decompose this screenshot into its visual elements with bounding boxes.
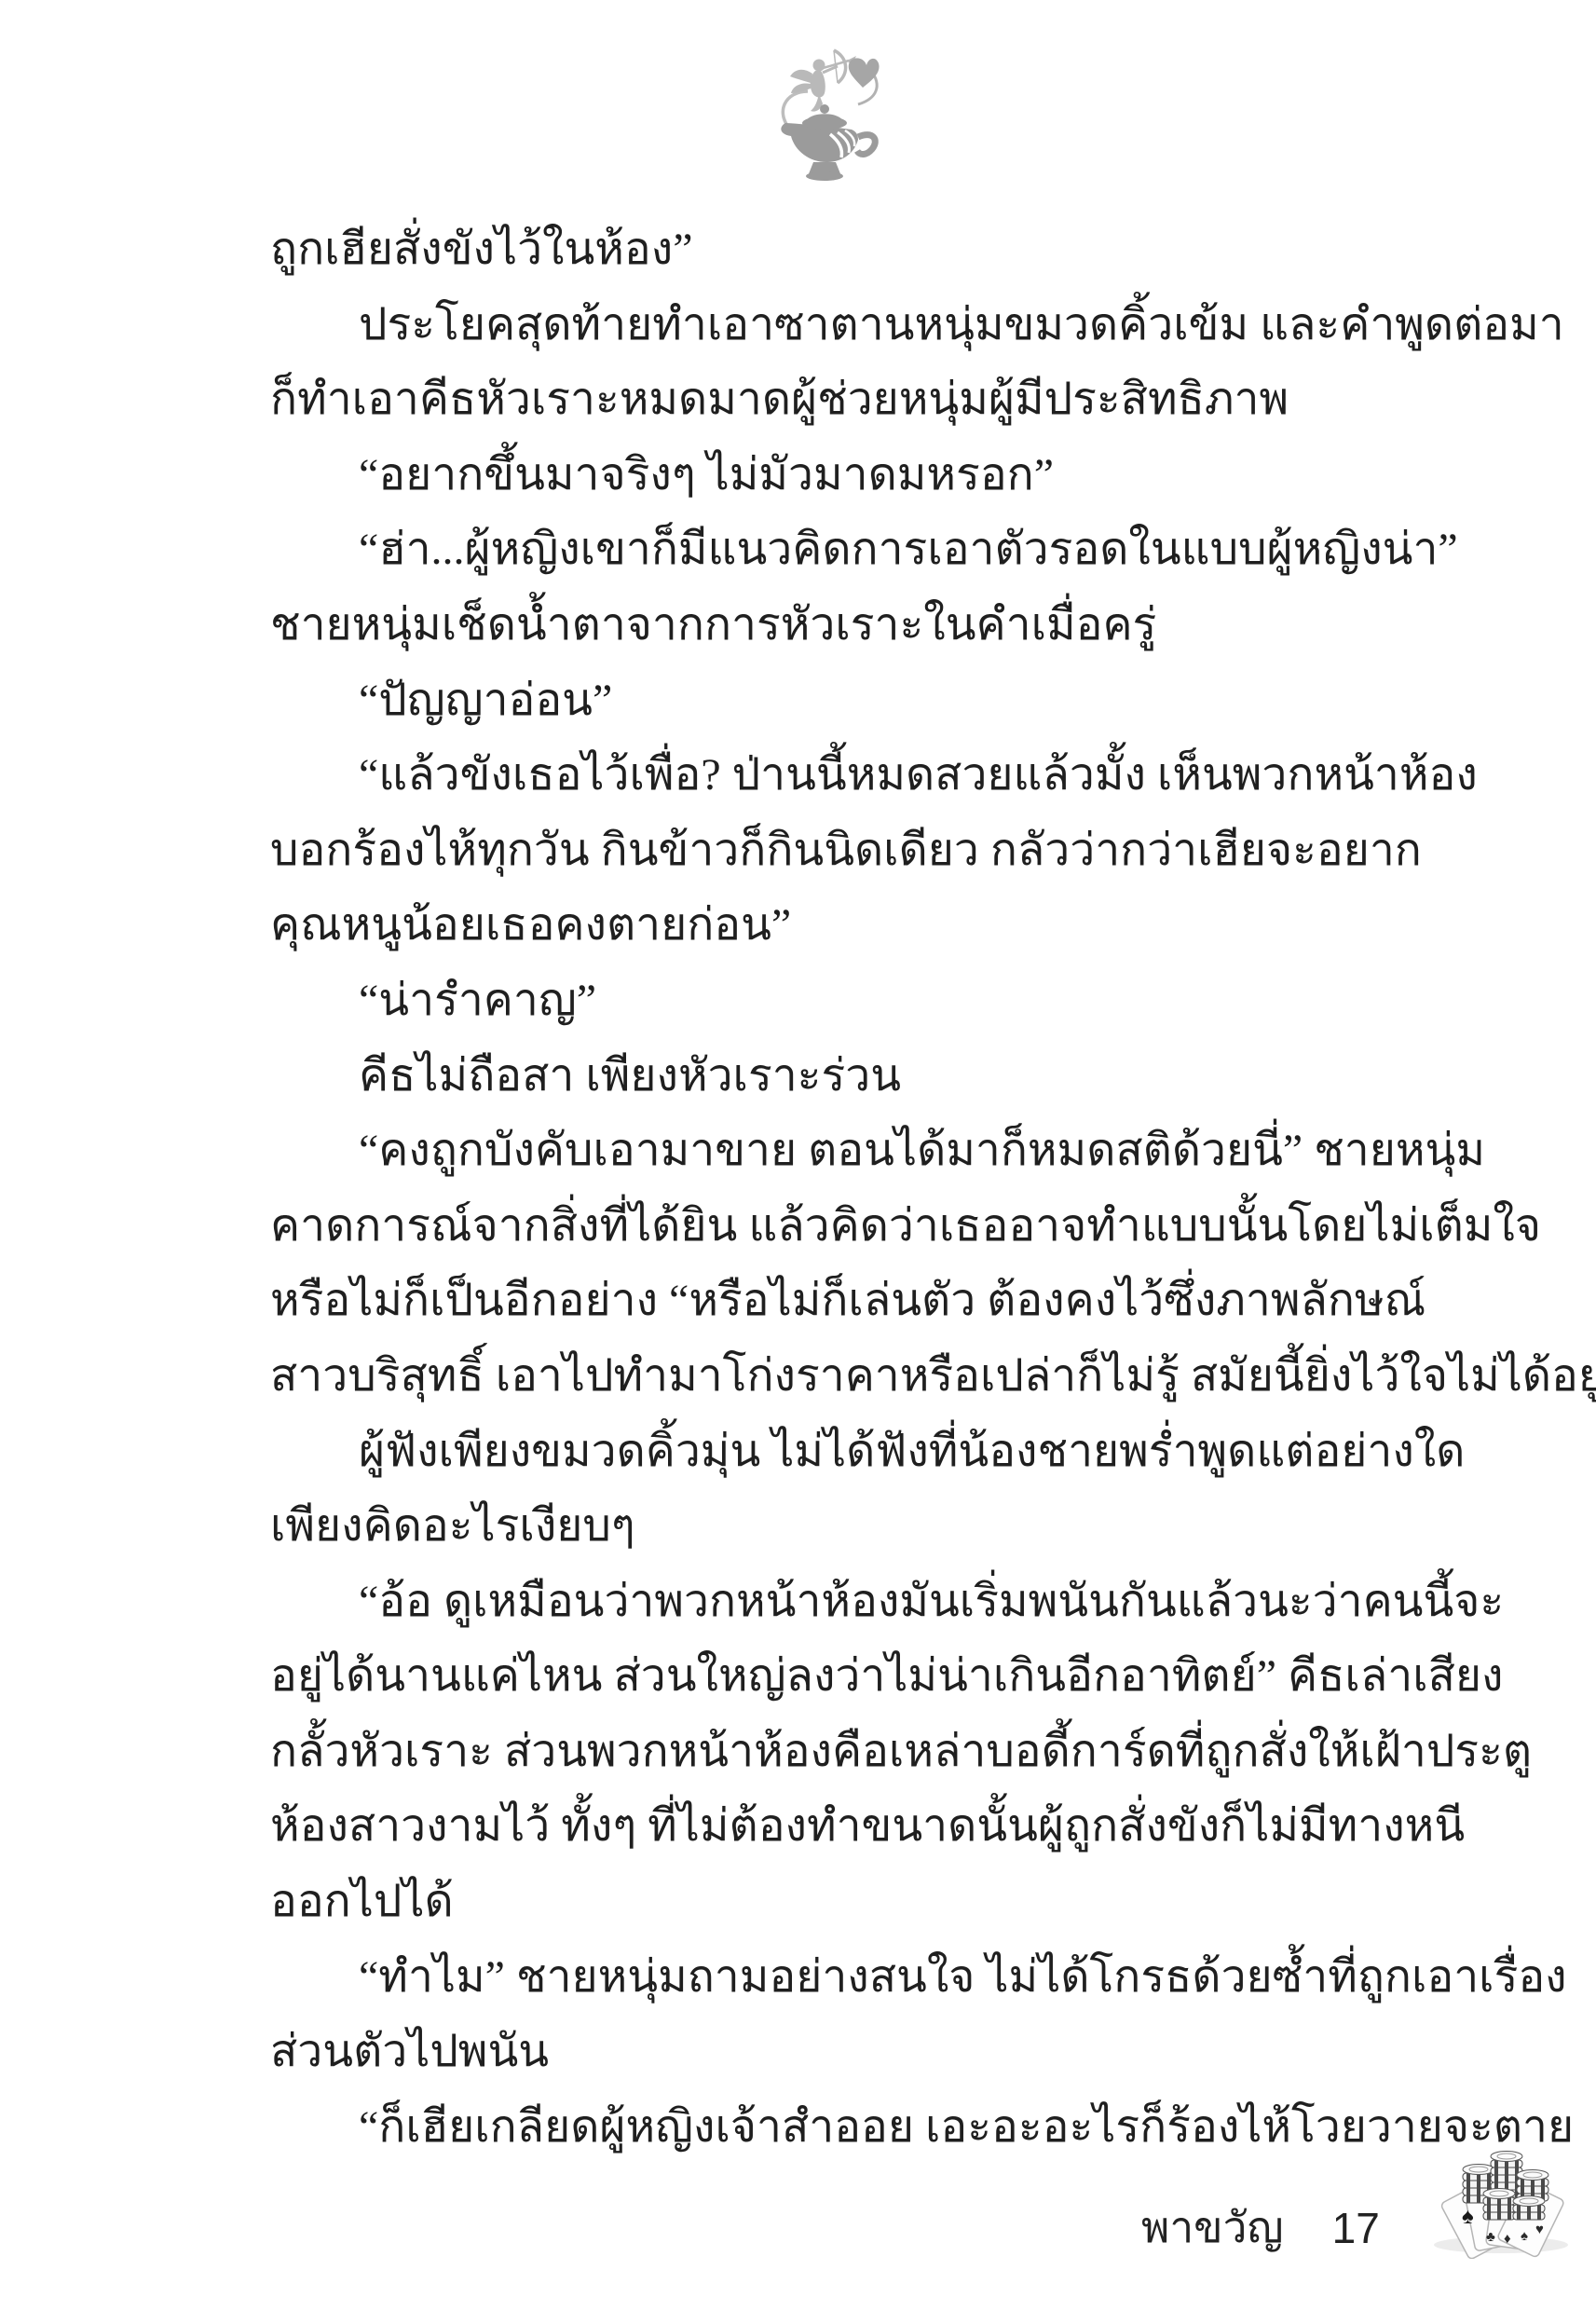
text-line: คาดการณ์จากสิ่งที่ได้ยิน แล้วคิดว่าเธออา… [270, 1189, 1435, 1265]
cards-chips-icon: ♠ ♣ ♦ ♠ ♥ [1421, 2149, 1581, 2259]
text-line: “น่ารำคาญ” [270, 964, 1435, 1039]
text-line: “ก็เฮียเกลียดผู้หญิงเจ้าสำออย เอะอะอะไรก… [270, 2090, 1435, 2166]
text-line: อยู่ได้นานแค่ไหน ส่วนใหญ่ลงว่าไม่น่าเกิน… [270, 1639, 1435, 1715]
diamond-pip: ♦ [1504, 2232, 1511, 2247]
text-line: ประโยคสุดท้ายทำเอาซาตานหนุ่มขมวดคิ้วเข้ม… [270, 288, 1435, 363]
text-line: ชายหนุ่มเช็ดน้ำตาจากการหัวเราะในคำเมื่อค… [270, 588, 1435, 663]
text-line: ก็ทำเอาคีธหัวเราะหมดมาดผู้ช่วยหนุ่มผู้มี… [270, 362, 1435, 438]
text-line: คีธไม่ถือสา เพียงหัวเราะร่วน [270, 1039, 1435, 1114]
book-page: ถูกเฮียสั่งขังไว้ในห้อง”ประโยคสุดท้ายทำเ… [0, 0, 1596, 2311]
text-line: “คงถูกบังคับเอามาขาย ตอนได้มาก็หมดสติด้ว… [270, 1114, 1435, 1189]
text-line: “ฮ่า...ผู้หญิงเขาก็มีแนวคิดการเอาตัวรอดใ… [270, 513, 1435, 588]
text-lines: ถูกเฮียสั่งขังไว้ในห้อง”ประโยคสุดท้ายทำเ… [270, 212, 1435, 2165]
text-line: “แล้วขังเธอไว้เพื่อ? ป่านนี้หมดสวยแล้วมั… [270, 738, 1435, 814]
text-line: กลั้วหัวเราะ ส่วนพวกหน้าห้องคือเหล่าบอดี… [270, 1715, 1435, 1790]
text-line: คุณหนูน้อยเธอคงตายก่อน” [270, 888, 1435, 964]
genie-lamp-icon [781, 104, 875, 181]
text-line: เพียงคิดอะไรเงียบๆ [270, 1489, 1435, 1565]
heart-icon [849, 58, 880, 88]
spade-pip-large: ♠ [1462, 2205, 1474, 2229]
text-line: “ทำไม” ชายหนุ่มถามอย่างสนใจ ไม่ได้โกรธด้… [270, 1940, 1435, 2016]
text-line: “อยากขึ้นมาจริงๆ ไม่มัวมาดมหรอก” [270, 438, 1435, 513]
text-line: “อ้อ ดูเหมือนว่าพวกหน้าห้องมันเริ่มพนันก… [270, 1565, 1435, 1640]
club-pip: ♣ [1486, 2230, 1495, 2245]
page-footer: พาขวัญ 17 [1141, 2201, 1581, 2259]
text-line: ส่วนตัวไปพนัน [270, 2015, 1435, 2090]
text-line: ออกไปได้ [270, 1865, 1435, 1940]
spade-pip: ♠ [1521, 2229, 1528, 2244]
page-number: 17 [1332, 2201, 1380, 2255]
text-line: บอกร้องไห้ทุกวัน กินข้าวก็กินนิดเดียว กล… [270, 814, 1435, 889]
text-line: ห้องสาวงามไว้ ทั้งๆ ที่ไม่ต้องทำขนาดนั้น… [270, 1789, 1435, 1865]
genie-lamp-cupid-ornament [778, 45, 890, 185]
text-line: “ปัญญาอ่อน” [270, 663, 1435, 739]
heart-pip: ♥ [1535, 2222, 1544, 2237]
text-line: ถูกเฮียสั่งขังไว้ในห้อง” [270, 212, 1435, 288]
book-title: พาขวัญ [1141, 2201, 1284, 2255]
text-line: หรือไม่ก็เป็นอีกอย่าง “หรือไม่ก็เล่นตัว … [270, 1264, 1435, 1339]
text-line: สาวบริสุทธิ์ เอาไปทำมาโก่งราคาหรือเปล่าก… [270, 1339, 1435, 1415]
text-line: ผู้ฟังเพียงขมวดคิ้วมุ่น ไม่ได้ฟังที่น้อง… [270, 1415, 1435, 1490]
